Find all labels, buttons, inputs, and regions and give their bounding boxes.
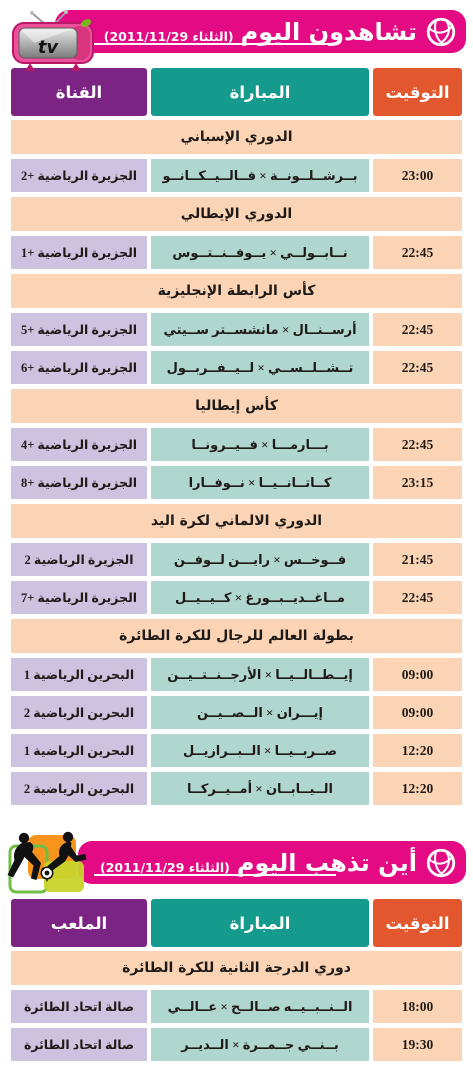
league-section-row: كأس إيطاليا: [11, 389, 462, 423]
go-today-header: أين تذهب اليوم (الثلثاء 2011/11/29): [78, 841, 466, 884]
schedule-row: 19:30 بــنــي جــمــرة × الــديــر صالة …: [11, 1028, 462, 1061]
svg-text:tv: tv: [38, 37, 60, 58]
schedule-row: 23:00 بــرشــلــونــة × فــالــيــكــانـ…: [11, 159, 462, 192]
match-cell: الــنــبــيــه صــالــح × عــالــي: [151, 990, 369, 1023]
tv-schedule-page: tv تشاهدون اليوم (الثلثاء 2011/11/29) ال…: [0, 0, 473, 1085]
watch-today-banner: tv تشاهدون اليوم (الثلثاء 2011/11/29): [0, 10, 473, 53]
match-cell: تــشــلــســي × لــيــفــربــول: [151, 351, 369, 384]
schedule-row: 21:45 فــوخــس × رايـــن لــوفــن الجزير…: [11, 543, 462, 576]
channel-cell: الجزيرة الرياضية 2: [11, 543, 147, 576]
watch-table-body: الدوري الإسباني 23:00 بــرشــلــونــة × …: [11, 120, 462, 805]
players-icon: [2, 829, 94, 897]
go-today-title: أين تذهب اليوم: [237, 851, 417, 875]
time-cell: 18:00: [373, 990, 462, 1023]
match-cell: صــربــيــا × الــبــرازيــل: [151, 734, 369, 767]
time-cell: 09:00: [373, 696, 462, 729]
watch-table-header: التوقيت المباراة القناة: [11, 68, 462, 116]
venue-column-header: الملعب: [11, 899, 147, 947]
channel-cell: البحرين الرياضية 2: [11, 772, 147, 805]
schedule-row: 12:20 الــيــابــان × أمــيــركــا البحر…: [11, 772, 462, 805]
match-column-header: المباراة: [151, 68, 369, 116]
league-section-row: الدوري الإسباني: [11, 120, 462, 154]
globe-icon: [424, 15, 458, 49]
match-cell: كــاتــانــيــا × نــوفــارا: [151, 466, 369, 499]
channel-cell: الجزيرة الرياضية +8: [11, 466, 147, 499]
time-cell: 23:15: [373, 466, 462, 499]
schedule-row: 09:00 إيـــران × الــصــيــن البحرين الر…: [11, 696, 462, 729]
time-cell: 22:45: [373, 313, 462, 346]
time-cell: 22:45: [373, 351, 462, 384]
go-table-header: التوقيت المباراة الملعب: [11, 899, 462, 947]
schedule-row: 09:00 إيــطــالــيــا × الأرجــنــتــيــ…: [11, 658, 462, 691]
go-today-banner: أين تذهب اليوم (الثلثاء 2011/11/29): [0, 841, 473, 884]
time-cell: 19:30: [373, 1028, 462, 1061]
channel-cell: الجزيرة الرياضية +5: [11, 313, 147, 346]
match-cell: أرســنــال × مانشســتر ســيتي: [151, 313, 369, 346]
tv-icon: tv: [6, 10, 100, 72]
league-section-row: الدوري الالماني لكرة اليد: [11, 504, 462, 538]
channel-cell: الجزيرة الرياضية +1: [11, 236, 147, 269]
match-cell: بـــارمـــا × فــيــرونــا: [151, 428, 369, 461]
schedule-row: 22:45 أرســنــال × مانشســتر ســيتي الجز…: [11, 313, 462, 346]
channel-cell: البحرين الرياضية 1: [11, 658, 147, 691]
match-cell: إيـــران × الــصــيــن: [151, 696, 369, 729]
time-cell: 22:45: [373, 236, 462, 269]
time-cell: 22:45: [373, 428, 462, 461]
league-section-row: الدوري الإيطالي: [11, 197, 462, 231]
channel-cell: الجزيرة الرياضية +6: [11, 351, 147, 384]
time-cell: 09:00: [373, 658, 462, 691]
time-cell: 23:00: [373, 159, 462, 192]
match-cell: فــوخــس × رايـــن لــوفــن: [151, 543, 369, 576]
channel-column-header: القناة: [11, 68, 147, 116]
channel-cell: البحرين الرياضية 2: [11, 696, 147, 729]
time-column-header: التوقيت: [373, 68, 462, 116]
watch-today-title: تشاهدون اليوم: [241, 20, 417, 44]
match-column-header: المباراة: [151, 899, 369, 947]
match-cell: إيــطــالــيــا × الأرجــنــتــيــن: [151, 658, 369, 691]
globe-icon: [424, 846, 458, 880]
match-cell: مــاغــديــبــورغ × كــيــيــل: [151, 581, 369, 614]
go-today-date: (الثلثاء 2011/11/29): [100, 860, 230, 875]
channel-cell: الجزيرة الرياضية +7: [11, 581, 147, 614]
banner-underline: [94, 874, 336, 876]
time-cell: 12:20: [373, 772, 462, 805]
venue-cell: صالة اتحاد الطائرة: [11, 990, 147, 1023]
schedule-row: 22:45 تــشــلــســي × لــيــفــربــول ال…: [11, 351, 462, 384]
watch-today-header: تشاهدون اليوم (الثلثاء 2011/11/29): [55, 10, 466, 53]
schedule-row: 22:45 بـــارمـــا × فــيــرونــا الجزيرة…: [11, 428, 462, 461]
match-cell: الــيــابــان × أمــيــركــا: [151, 772, 369, 805]
go-today-table: التوقيت المباراة الملعب دوري الدرجة الثا…: [11, 899, 462, 1061]
venue-cell: صالة اتحاد الطائرة: [11, 1028, 147, 1061]
go-table-body: دوري الدرجة الثانية للكرة الطائرة 18:00 …: [11, 951, 462, 1061]
schedule-row: 22:45 مــاغــديــبــورغ × كــيــيــل الج…: [11, 581, 462, 614]
league-section-row: دوري الدرجة الثانية للكرة الطائرة: [11, 951, 462, 985]
schedule-row: 22:45 نــابــولــي × يــوفــنــتــوس الج…: [11, 236, 462, 269]
league-section-row: كأس الرابطة الإنجليزية: [11, 274, 462, 308]
time-cell: 21:45: [373, 543, 462, 576]
channel-cell: الجزيرة الرياضية +2: [11, 159, 147, 192]
watch-today-date: (الثلثاء 2011/11/29): [104, 29, 234, 44]
time-column-header: التوقيت: [373, 899, 462, 947]
league-section-row: بطولة العالم للرجال للكرة الطائرة: [11, 619, 462, 653]
schedule-row: 18:00 الــنــبــيــه صــالــح × عــالــي…: [11, 990, 462, 1023]
channel-cell: البحرين الرياضية 1: [11, 734, 147, 767]
match-cell: بــرشــلــونــة × فــالــيــكــانــو: [151, 159, 369, 192]
match-cell: بــنــي جــمــرة × الــديــر: [151, 1028, 369, 1061]
time-cell: 12:20: [373, 734, 462, 767]
schedule-row: 23:15 كــاتــانــيــا × نــوفــارا الجزي…: [11, 466, 462, 499]
watch-today-table: التوقيت المباراة القناة الدوري الإسباني …: [11, 68, 462, 805]
schedule-row: 12:20 صــربــيــا × الــبــرازيــل البحر…: [11, 734, 462, 767]
banner-underline: [75, 43, 336, 45]
match-cell: نــابــولــي × يــوفــنــتــوس: [151, 236, 369, 269]
time-cell: 22:45: [373, 581, 462, 614]
channel-cell: الجزيرة الرياضية +4: [11, 428, 147, 461]
